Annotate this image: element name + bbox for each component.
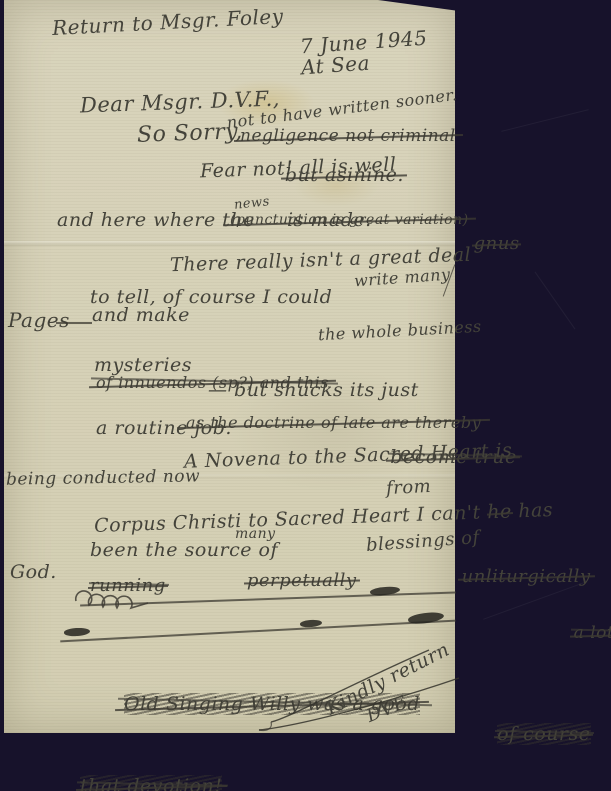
body-text: the whole business <box>318 317 482 345</box>
inserted-text: many <box>235 526 276 542</box>
return-note: Return to Msgr. Foley <box>52 4 284 40</box>
body-text: and make <box>92 304 190 326</box>
margin-connector-line <box>56 322 92 324</box>
scribble-loops <box>72 583 150 611</box>
photo-mount-background: Return to Msgr. Foley 7 June 1945 At Sea… <box>0 0 611 791</box>
ink-blob <box>407 611 444 626</box>
struck-text: a lot of God's <box>574 623 611 643</box>
margin-note: being conducted now <box>6 466 200 489</box>
mount-scratch-streak <box>501 109 589 132</box>
scratched-out-text: that devotion! <box>80 775 222 791</box>
body-text: and here where the <box>57 209 255 231</box>
body-text: from <box>385 476 431 499</box>
inserted-text: news <box>233 194 270 213</box>
body-text: mysteries <box>94 354 192 376</box>
struck-text: perpetually <box>247 570 357 591</box>
ink-blob <box>64 627 90 637</box>
margin-note: God. <box>10 561 57 583</box>
struck-text: negligence not criminal <box>240 126 456 146</box>
margin-note: Pages <box>8 308 70 332</box>
body-text: blessings of <box>365 527 480 556</box>
body-text: is made. <box>287 209 372 231</box>
body-text: been the source of <box>90 539 278 561</box>
struck-text: he <box>487 500 512 523</box>
body-text: — but shucks its just <box>208 379 419 401</box>
mount-scratch-streak <box>483 581 587 620</box>
scratched-out-text: of course <box>497 723 590 745</box>
struck-text: gnus <box>474 233 520 254</box>
strike-line <box>60 620 456 643</box>
fold-crease <box>4 241 455 246</box>
body-text: has <box>518 499 554 522</box>
place-line: At Sea <box>300 51 370 80</box>
letter-sheet: Return to Msgr. Foley 7 June 1945 At Sea… <box>4 0 455 733</box>
body-line: Corpus Christi to Sacred Heart I can't h… <box>94 499 554 537</box>
body-text: a routine job. <box>96 417 232 439</box>
struck-text: unliturgically <box>462 566 591 587</box>
paper-corner-cut <box>378 0 459 11</box>
mount-scratch-streak <box>535 272 576 330</box>
